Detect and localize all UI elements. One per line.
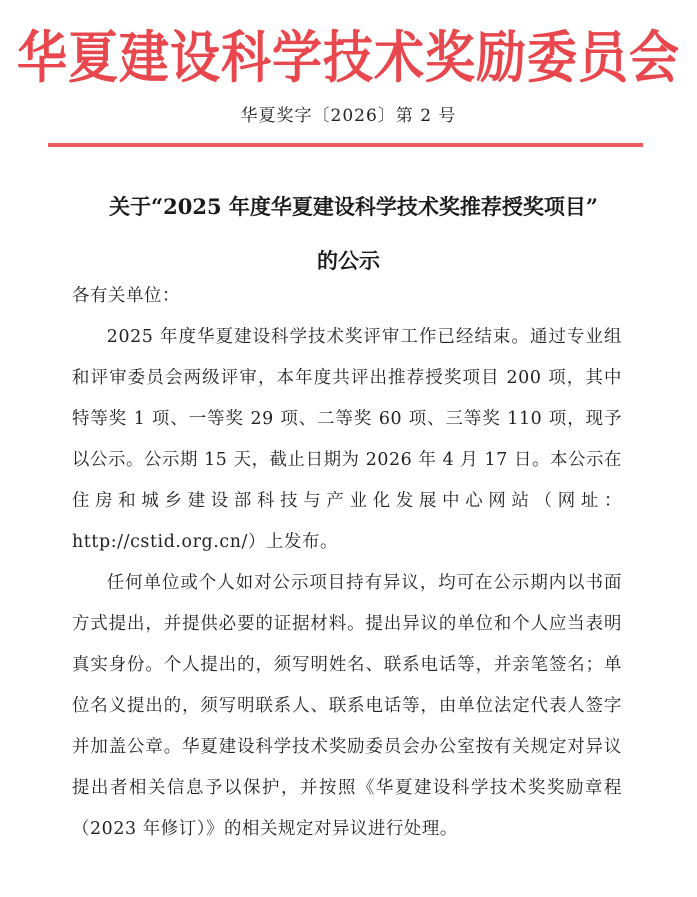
notice-title-line-1: 关于“2025 年度华夏建设科学技术奖推荐授奖项目” xyxy=(0,180,697,234)
notice-body: 各有关单位： 2025 年度华夏建设科学技术奖评审工作已经结束。通过专业组和评审… xyxy=(72,276,622,850)
salutation: 各有关单位： xyxy=(72,276,622,317)
document-page: 华夏建设科学技术奖励委员会 华夏奖字〔2026〕第 2 号 关于“2025 年度… xyxy=(0,0,697,897)
paragraph-announcement: 2025 年度华夏建设科学技术奖评审工作已经结束。通过专业组和评审委员会两级评审… xyxy=(72,317,622,563)
notice-title: 关于“2025 年度华夏建设科学技术奖推荐授奖项目” 的公示 xyxy=(0,180,697,288)
red-divider-line xyxy=(48,143,643,147)
paragraph-objection-procedure: 任何单位或个人如对公示项目持有异议，均可在公示期内以书面方式提出，并提供必要的证… xyxy=(72,563,622,850)
organization-header: 华夏建设科学技术奖励委员会 xyxy=(0,22,697,94)
document-number: 华夏奖字〔2026〕第 2 号 xyxy=(0,104,697,128)
